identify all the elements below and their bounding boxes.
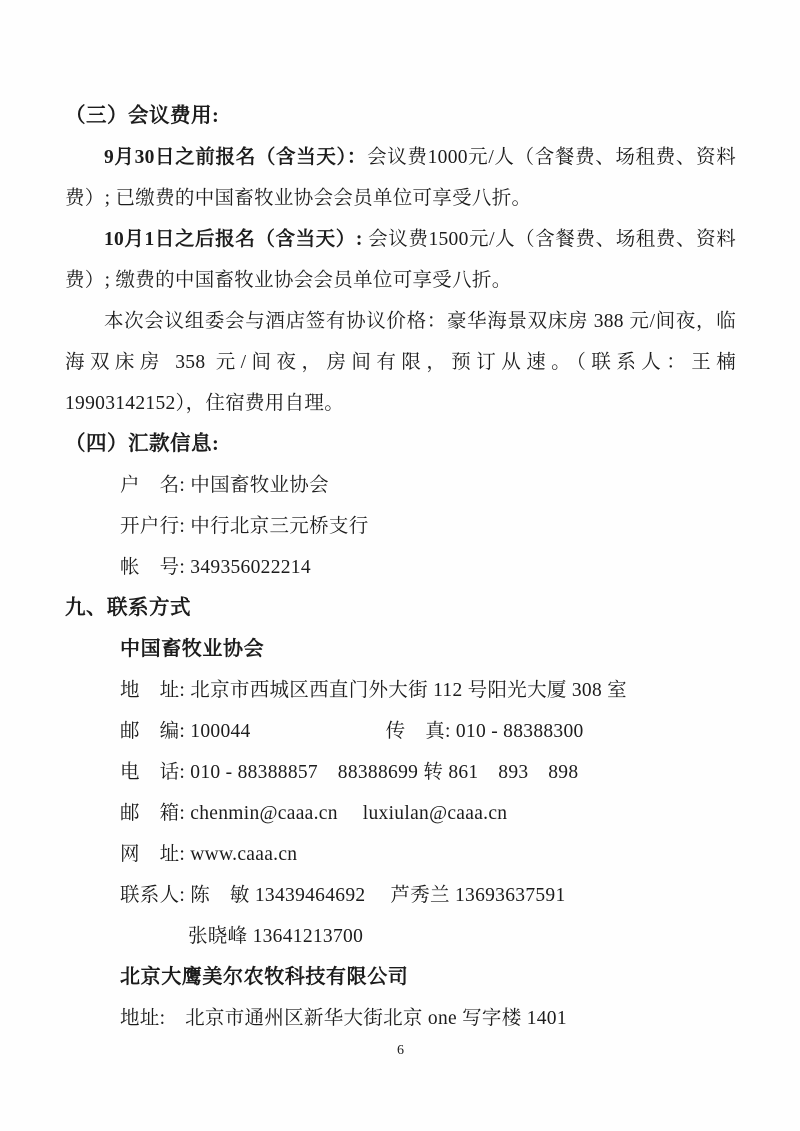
contact-phone-numbers: 电 话: 010 - 88388857 88388699 转 861 893 8…: [120, 752, 736, 793]
contact-address-caaa: 地 址: 北京市西城区西直门外大街 112 号阳光大厦 308 室: [120, 670, 736, 711]
contact-website: 网 址: www.caaa.cn: [120, 834, 736, 875]
remittance-account-number: 帐 号: 349356022214: [120, 547, 736, 588]
remittance-bank: 开户行: 中行北京三元桥支行: [120, 506, 736, 547]
remittance-account-name: 户 名: 中国畜牧业协会: [120, 465, 736, 506]
late-registration-deadline-bold: 10月1日之后报名（含当天）:: [104, 229, 368, 250]
document-page: （三）会议费用: 9月30日之前报名（含当天）：会议费1000元/人（含餐费、场…: [0, 0, 800, 1131]
contact-postal-code: 邮 编: 100044: [120, 721, 251, 742]
page-number: 6: [65, 1041, 736, 1061]
paragraph-late-registration: 10月1日之后报名（含当天）: 会议费1500元/人（含餐费、场租费、资料费）;…: [65, 219, 736, 301]
paragraph-early-registration: 9月30日之前报名（含当天）：会议费1000元/人（含餐费、场租费、资料费）; …: [65, 137, 736, 219]
contact-persons-line1: 联系人: 陈 敏 13439464692 芦秀兰 13693637591: [120, 875, 736, 916]
contact-persons-line2: 张晓峰 13641213700: [188, 916, 736, 957]
contact-postal-fax-line: 邮 编: 100044传 真: 010 - 88388300: [120, 711, 736, 752]
org-name-caaa: 中国畜牧业协会: [120, 629, 736, 670]
paragraph-hotel-rates: 本次会议组委会与酒店签有协议价格：豪华海景双床房 388 元/间夜，临海双床房 …: [65, 301, 736, 424]
section-heading-contact-info: 九、联系方式: [65, 588, 736, 629]
section-heading-conference-fees: （三）会议费用:: [65, 96, 736, 137]
contact-address-dayingmeier: 地址: 北京市通州区新华大街北京 one 写字楼 1401: [120, 998, 736, 1039]
contact-email-addresses: 邮 箱: chenmin@caaa.cn luxiulan@caaa.cn: [120, 793, 736, 834]
early-registration-deadline-bold: 9月30日之前报名（含当天）：: [104, 147, 367, 168]
section-heading-remittance: （四）汇款信息:: [65, 424, 736, 465]
contact-fax-number: 传 真: 010 - 88388300: [386, 721, 584, 742]
org-name-dayingmeier: 北京大鹰美尔农牧科技有限公司: [120, 957, 736, 998]
